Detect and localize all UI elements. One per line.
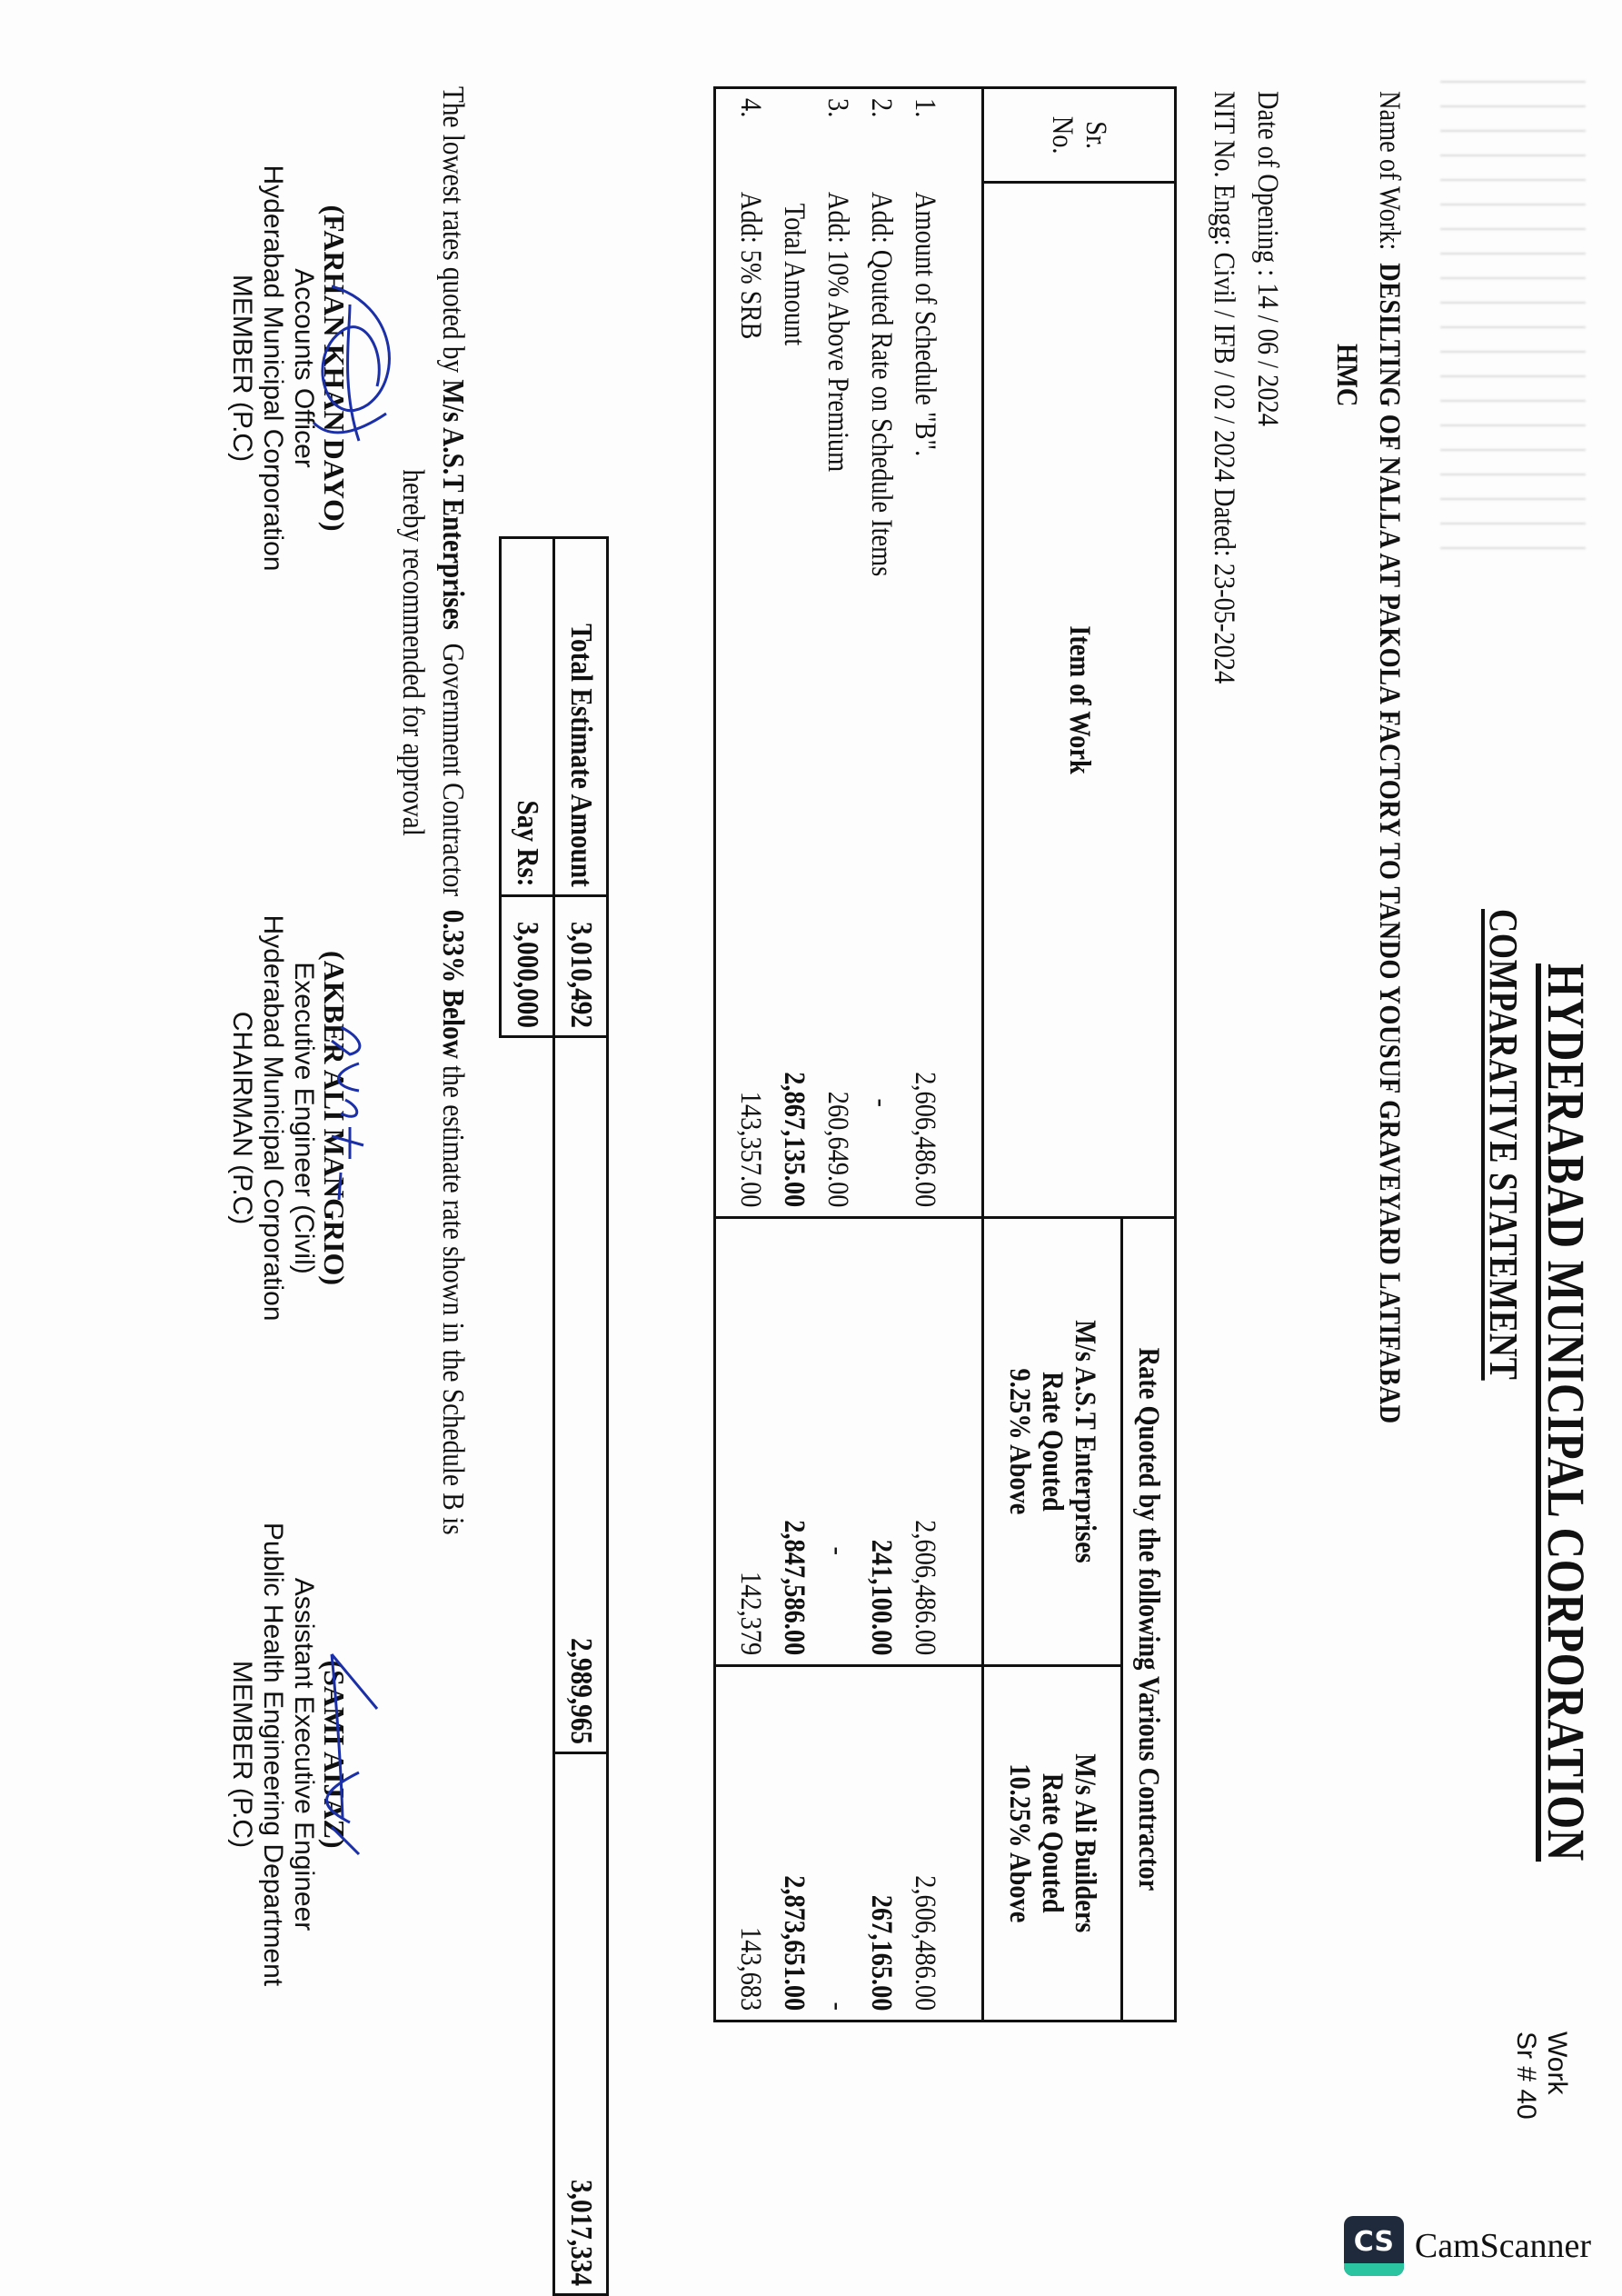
date-of-opening: Date of Opening : 14 / 06 / 2024 [1250, 91, 1284, 426]
say-rs-value: 3,000,000 [501, 895, 554, 1036]
total-estimate-value: 3,010,492 [554, 895, 608, 1036]
say-rs-row: Say Rs: 3,000,000 [501, 538, 554, 2295]
signatory-accounts-officer: (FARHAN KHAN DAYO) Accounts Officer Hyde… [226, 159, 350, 577]
scan-artifact [1440, 73, 1586, 564]
signatory-designation: Accounts Officer [288, 159, 319, 577]
camscanner-watermark: CS CamScanner [1344, 2216, 1591, 2276]
signatory-executive-engineer: (AKBER ALI MANGRIO) Executive Engineer (… [226, 909, 350, 1327]
work-ref-number: Sr # 40 [1510, 2031, 1541, 2120]
signatory-name: (FARHAN KHAN DAYO) [319, 159, 350, 577]
comparative-table: Sr. No. Item of Work Rate Quoted by the … [713, 86, 1177, 2022]
signatory-name: (SAMI AIJAZ) [319, 1518, 350, 1991]
table-row: 4. Add: 5% SRB 143,357.00 142,379 143,68… [715, 88, 773, 2021]
header-item-of-work: Item of Work [983, 183, 1176, 1218]
total-contractor-1: 2,989,965 [554, 1036, 608, 1752]
signatory-organization: Hyderabad Municipal Corporation [257, 909, 288, 1327]
header-sr-no: Sr. No. [983, 88, 1176, 183]
table-row: 3. Add: 10% Above Premium 260,649.00 - - [816, 88, 860, 2021]
table-row-total-amount: Total Amount 2,867,135.00 2,847,586.00 2… [772, 88, 816, 2021]
total-estimate-label: Total Estimate Amount [554, 538, 608, 896]
totals-table: Total Estimate Amount 3,010,492 2,989,96… [499, 536, 609, 2296]
nit-number: NIT No. Engg: Civil / IFB / 02 / 2024 Da… [1207, 91, 1240, 684]
name-of-work-value: DESILTING OF NALLA AT PAKOLA FACTORY TO … [1373, 263, 1406, 1423]
header-rate-group: Rate Quoted by the following Various Con… [1122, 1218, 1176, 2021]
signatory-name: (AKBER ALI MANGRIO) [319, 909, 350, 1327]
say-rs-label: Say Rs: [501, 538, 554, 896]
name-of-work-label: Name of Work: [1372, 91, 1406, 263]
camscanner-logo-icon: CS [1344, 2216, 1404, 2276]
organization-title: HYDERABAD MUNICIPAL CORPORATION [1536, 963, 1597, 1862]
name-of-work: Name of Work:DESILTING OF NALLA AT PAKOL… [1372, 91, 1406, 1424]
name-of-work-line2: HMC [1329, 344, 1363, 406]
table-row: 2. Add: Qouted Rate on Schedule Items - … [860, 88, 903, 2021]
signatory-designation: Assistant Executive Engineer [288, 1518, 319, 1991]
table-header-row-1: Sr. No. Item of Work Rate Quoted by the … [1122, 88, 1176, 2021]
signatory-role: MEMBER (P.C) [226, 1518, 257, 1991]
document-title: COMPARATIVE STATEMENT [1480, 909, 1527, 1381]
total-contractor-2: 3,017,334 [554, 1753, 608, 2295]
work-reference: Work Sr # 40 [1510, 2031, 1572, 2120]
signatory-assistant-executive-engineer: (SAMI AIJAZ) Assistant Executive Enginee… [226, 1518, 350, 1991]
signatory-organization: Hyderabad Municipal Corporation [257, 159, 288, 577]
scanned-document-page: Work Sr # 40 HYDERABAD MUNICIPAL CORPORA… [0, 0, 1622, 2296]
recommendation-text: The lowest rates quoted by M/s A.S.T Ent… [393, 86, 473, 2131]
signatory-role: CHAIRMAN (P.C) [226, 909, 257, 1327]
signatory-organization: Public Health Engineering Department [257, 1518, 288, 1991]
recommended-percent: 0.33% Below [436, 910, 470, 1059]
header-contractor-2: M/s Ali Builders Rate Qouted 10.25% Abov… [983, 1666, 1122, 2021]
total-estimate-row: Total Estimate Amount 3,010,492 2,989,96… [554, 538, 608, 2295]
signatory-role: MEMBER (P.C) [226, 159, 257, 577]
table-row: 1. Amount of Schedule "B". 2,606,486.00 … [903, 88, 983, 2021]
signatory-designation: Executive Engineer (Civil) [288, 909, 319, 1327]
recommended-contractor: M/s A.S.T Enterprises [436, 379, 470, 630]
camscanner-text: CamScanner [1415, 2226, 1591, 2266]
header-contractor-1: M/s A.S.T Enterprises Rate Qouted 9.25% … [983, 1218, 1122, 1666]
work-ref-label: Work [1541, 2031, 1572, 2120]
